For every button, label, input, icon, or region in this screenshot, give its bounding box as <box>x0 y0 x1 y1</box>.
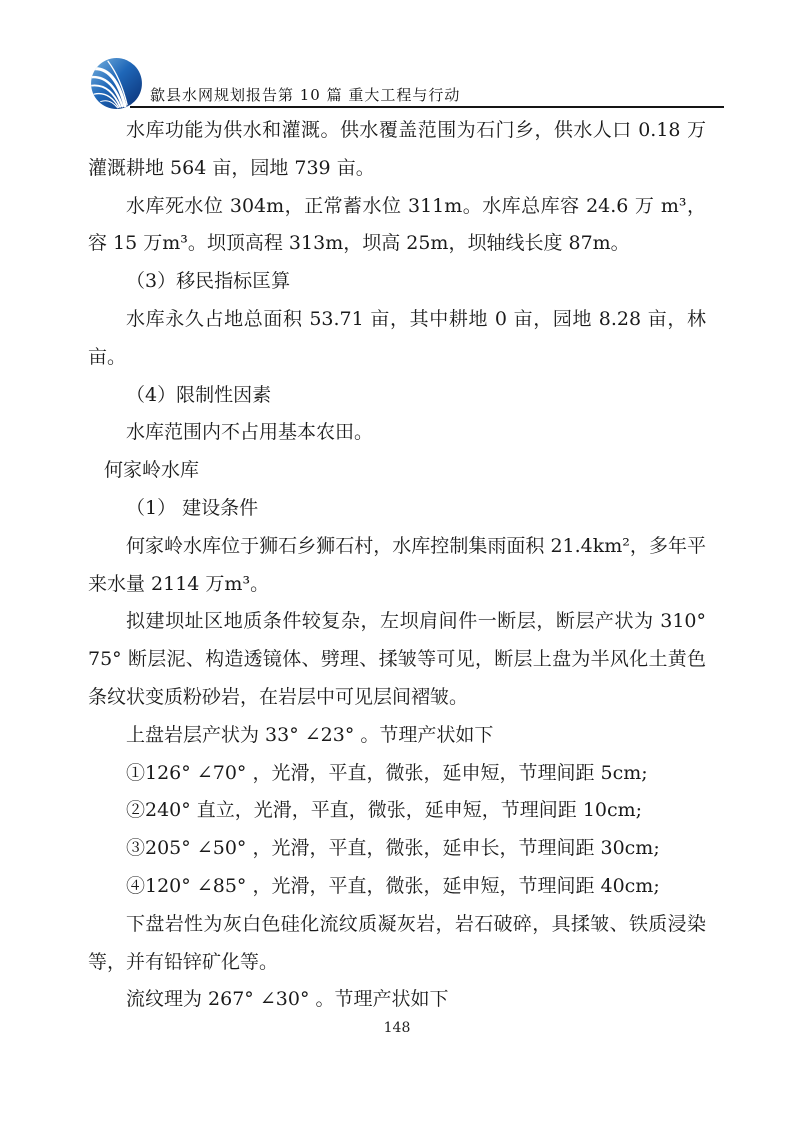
page-header: 歙县水网规划报告第 10 篇 重大工程与行动 <box>0 0 794 120</box>
document-page: 歙县水网规划报告第 10 篇 重大工程与行动 水库功能为供水和灌溉。供水覆盖范围… <box>0 0 794 1122</box>
text-line: 流纹理为 267° ∠30° 。节理产状如下 <box>88 981 706 1019</box>
text-line: 容 15 万m³。坝顶高程 313m，坝高 25m，坝轴线长度 87m。 <box>88 225 706 263</box>
page-footer: 148 <box>0 1020 794 1036</box>
text-line: 拟建坝址区地质条件较复杂，左坝肩间件一断层，断层产状为 310° ∠ <box>88 603 706 641</box>
header-title: 歙县水网规划报告第 10 篇 重大工程与行动 <box>150 84 460 105</box>
text-line: 等，并有铅锌矿化等。 <box>88 944 706 982</box>
page-number: 148 <box>384 1020 411 1036</box>
text-line: （3）移民指标匡算 <box>88 263 706 301</box>
text-line: 条纹状变质粉砂岩，在岩层中可见层间褶皱。 <box>88 679 706 717</box>
text-line: 水库功能为供水和灌溉。供水覆盖范围为石门乡，供水人口 0.18 万人。 <box>88 112 706 150</box>
text-line: 水库死水位 304m，正常蓄水位 311m。水库总库容 24.6 万 m³，兴利… <box>88 188 706 226</box>
text-line: 75° 断层泥、构造透镜体、劈理、揉皱等可见，断层上盘为半风化土黄色 <box>88 641 706 679</box>
text-line: 何家岭水库 <box>88 452 706 490</box>
text-line: 来水量 2114 万m³。 <box>88 566 706 604</box>
text-line: ④120° ∠85° ，光滑，平直，微张，延申短，节理间距 40cm; <box>88 868 706 906</box>
document-body: 水库功能为供水和灌溉。供水覆盖范围为石门乡，供水人口 0.18 万人。灌溉耕地 … <box>88 112 706 1019</box>
text-line: ②240° 直立，光滑，平直，微张，延申短，节理间距 10cm; <box>88 792 706 830</box>
text-line: ①126° ∠70° ，光滑，平直，微张，延申短，节理间距 5cm; <box>88 755 706 793</box>
text-line: ③205° ∠50° ，光滑，平直，微张，延申长，节理间距 30cm; <box>88 830 706 868</box>
text-line: （4）限制性因素 <box>88 377 706 415</box>
text-line: 水库范围内不占用基本农田。 <box>88 414 706 452</box>
text-line: 上盘岩层产状为 33° ∠23° 。节理产状如下 <box>88 717 706 755</box>
header-divider <box>130 106 724 108</box>
text-line: 灌溉耕地 564 亩，园地 739 亩。 <box>88 150 706 188</box>
text-line: 何家岭水库位于狮石乡狮石村，水库控制集雨面积 21.4km²，多年平均 <box>88 528 706 566</box>
text-line: 水库永久占地总面积 53.71 亩，其中耕地 0 亩，园地 8.28 亩，林地 … <box>88 301 706 339</box>
text-line: （1） 建设条件 <box>88 490 706 528</box>
text-line: 亩。 <box>88 339 706 377</box>
text-line: 下盘岩性为灰白色硅化流纹质凝灰岩，岩石破碎，具揉皱、铁质浸染 <box>88 906 706 944</box>
water-network-logo-icon <box>90 57 143 110</box>
